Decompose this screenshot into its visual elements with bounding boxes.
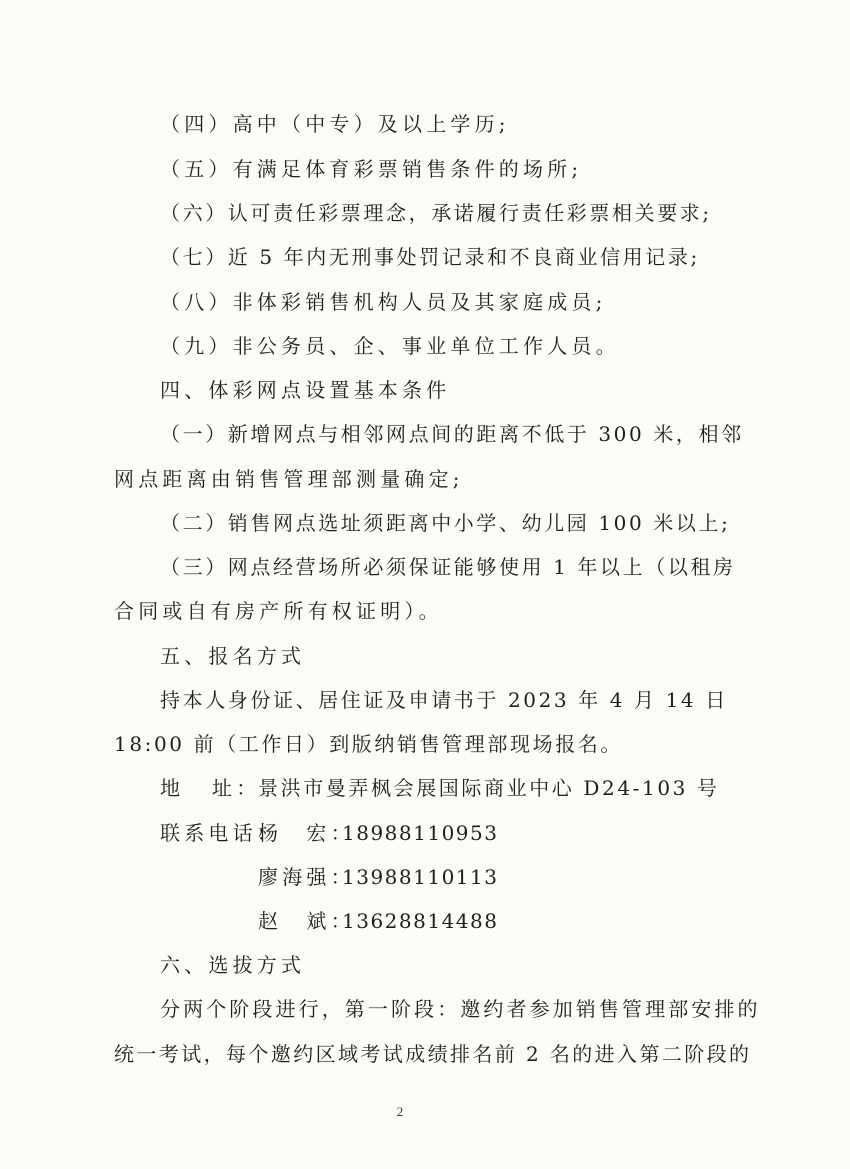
contact-name: 赵 斌：	[258, 908, 355, 934]
paragraph-line: 五、报名方式	[160, 643, 305, 669]
address-value: 景洪市曼弄枫会展国际商业中心 D24-103 号	[258, 775, 720, 801]
paragraph-line: 统一考试，每个邀约区域考试成绩排名前 2 名的进入第二阶段的	[114, 1041, 751, 1067]
paragraph-line: 18:00 前（工作日）到版纳销售管理部现场报名。	[114, 731, 623, 757]
paragraph-line: （六）认可责任彩票理念，承诺履行责任彩票相关要求;	[160, 200, 712, 226]
paragraph-line: （八）非体彩销售机构人员及其家庭成员;	[160, 289, 607, 315]
contact-name: 杨 宏：	[258, 820, 355, 846]
paragraph-line: 分两个阶段进行，第一阶段：邀约者参加销售管理部安排的	[160, 996, 761, 1022]
paragraph-line: 网点距离由销售管理部测量确定;	[114, 466, 464, 492]
paragraph-line: （三）网点经营场所必须保证能够使用 1 年以上（以租房	[160, 554, 736, 580]
contact-phone: 13628814488	[342, 908, 498, 934]
contact-phone: 18988110953	[342, 820, 498, 846]
paragraph-line: （七）近 5 年内无刑事处罚记录和不良商业信用记录;	[160, 244, 700, 270]
paragraph-line: 四、体彩网点设置基本条件	[160, 377, 450, 403]
paragraph-line: 持本人身份证、居住证及申请书于 2023 年 4 月 14 日	[160, 687, 728, 713]
paragraph-line: （九）非公务员、企、事业单位工作人员。	[160, 333, 620, 359]
paragraph-line: 合同或自有房产所有权证明）。	[114, 598, 443, 624]
address-label-1: 地	[160, 775, 184, 801]
section-heading: 六、选拔方式	[160, 952, 305, 978]
page-number: 2	[0, 1104, 800, 1120]
contact-name: 廖海强：	[258, 864, 355, 890]
paragraph-line: （二）销售网点选址须距离中小学、幼儿园 100 米以上;	[160, 510, 730, 536]
contact-phone: 13988110113	[342, 864, 498, 890]
paragraph-line: （一）新增网点与相邻网点间的距离不低于 300 米，相邻	[160, 421, 744, 447]
address-label-2: 址：	[212, 775, 260, 801]
paragraph-line: （四）高中（中专）及以上学历;	[160, 111, 510, 137]
paragraph-line: （五）有满足体育彩票销售条件的场所;	[160, 156, 582, 182]
